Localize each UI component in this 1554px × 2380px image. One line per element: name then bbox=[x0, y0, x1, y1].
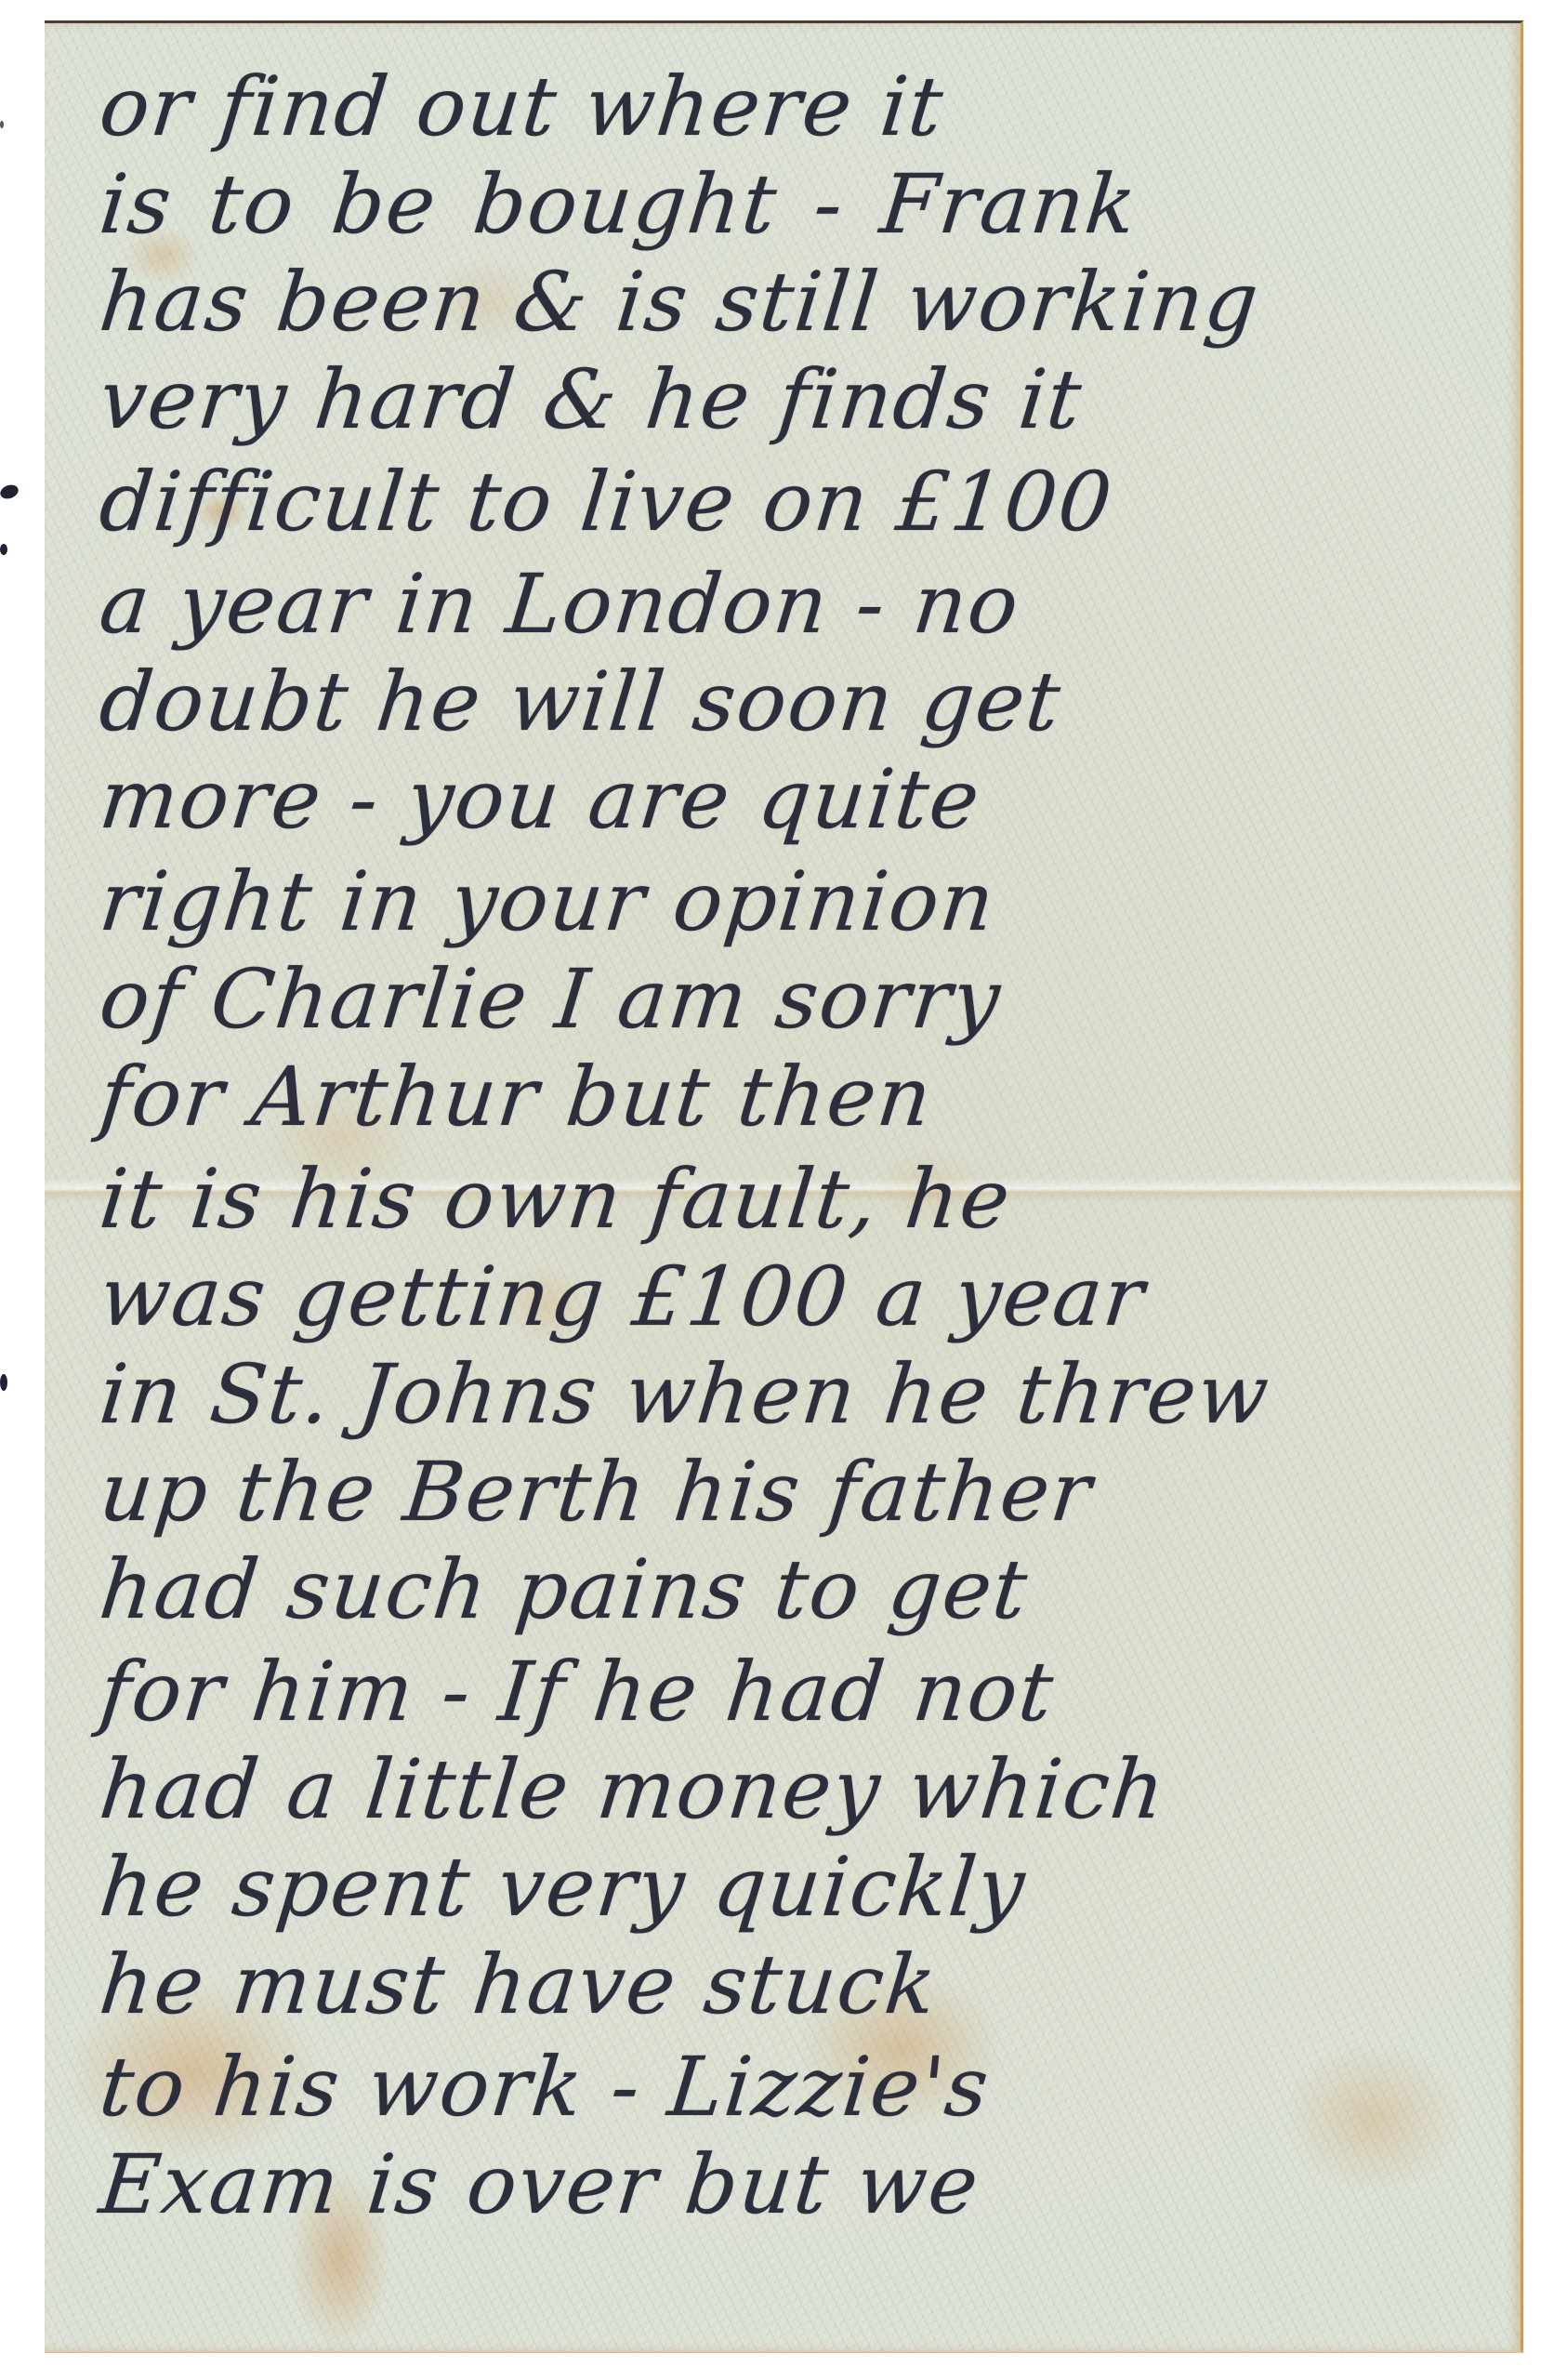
text-line: of Charlie I am sorry bbox=[96, 953, 1482, 1046]
margin-ink-mark bbox=[0, 1374, 7, 1391]
text-line: doubt he will soon get bbox=[96, 655, 1482, 748]
text-line: Exam is over but we bbox=[96, 2138, 1482, 2231]
text-line: more - you are quite bbox=[96, 753, 1482, 846]
text-line: to his work - Lizzie's bbox=[96, 2041, 1482, 2134]
handwritten-text: or find out where it is to be bought - F… bbox=[45, 23, 1521, 2351]
text-line: was getting £100 a year bbox=[96, 1250, 1482, 1343]
text-line: a year in London - no bbox=[96, 558, 1482, 651]
margin-ink-mark bbox=[0, 121, 4, 128]
margin-ink-mark bbox=[0, 483, 20, 501]
letter-page: or find out where it is to be bought - F… bbox=[45, 20, 1523, 2353]
text-line: he spent very quickly bbox=[96, 1841, 1482, 1934]
text-line: in St. Johns when he threw bbox=[96, 1348, 1482, 1441]
text-line: had such pains to get bbox=[96, 1543, 1482, 1636]
text-line: for him - If he had not bbox=[96, 1646, 1482, 1739]
text-line: right in your opinion bbox=[96, 855, 1482, 948]
text-line: has been & is still working bbox=[96, 256, 1482, 349]
text-line: difficult to live on £100 bbox=[96, 456, 1482, 549]
text-line: had a little money which bbox=[96, 1743, 1482, 1836]
text-line: it is his own fault, he bbox=[96, 1153, 1482, 1246]
text-line: or find out where it bbox=[96, 60, 1482, 153]
text-line: for Arthur but then bbox=[96, 1051, 1482, 1144]
text-line: he must have stuck bbox=[96, 1938, 1482, 2031]
text-line: up the Berth his father bbox=[96, 1446, 1482, 1539]
text-line: is to be bought - Frank bbox=[96, 158, 1482, 251]
margin-ink-mark bbox=[0, 544, 7, 555]
text-line: very hard & he finds it bbox=[96, 353, 1482, 446]
